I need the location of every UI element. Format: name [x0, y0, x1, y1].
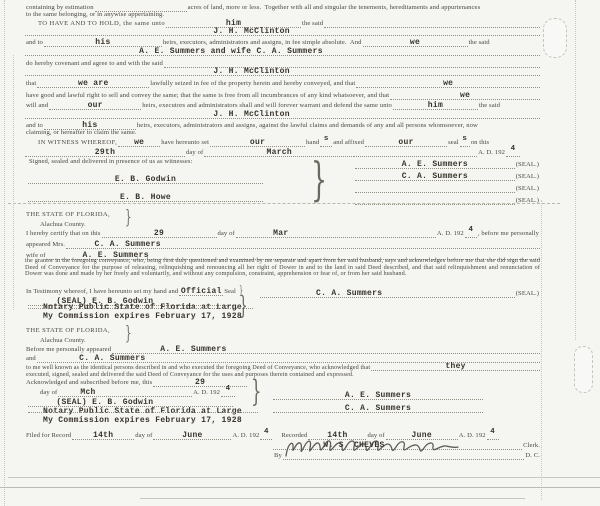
blank-signature: A. E. Summers — [355, 160, 515, 169]
form-text: heirs, executors, administrators and ass… — [162, 40, 363, 47]
dc-label: D. C. — [524, 453, 541, 460]
form-text: claiming, or hereafter to claim the same… — [25, 130, 138, 137]
typed-29th: 29th — [25, 149, 185, 157]
blank-name: C. A. Summers — [66, 240, 540, 249]
typed-s: s — [320, 136, 332, 144]
form-text: In Testimony whereof, I have hereunto se… — [25, 289, 179, 296]
typed-summers-couple: A. E. Summers and wife C. A. Summers — [25, 48, 540, 56]
line-certify: I hereby certify that on this 29 day of … — [25, 229, 540, 238]
typed-we: we — [118, 139, 160, 147]
typed-mcclinton: J. H. McClinton — [25, 68, 540, 76]
form-text: lawfully seized in fee of the property h… — [149, 81, 356, 88]
blank-grantor-names: A. E. Summers and wife C. A. Summers — [25, 47, 540, 56]
typed-his: his — [44, 39, 162, 47]
blank-day: 14th — [72, 431, 134, 440]
blank-month: March — [204, 148, 354, 157]
line-notary-title-1: Notary Public State of Florida at Large — [28, 303, 253, 312]
line-ca-summers-seal: C. A. Summers (SEAL.) — [260, 289, 540, 298]
form-text: the said — [478, 103, 501, 110]
line-appeared-mrs: appeared Mrs. C. A. Summers — [25, 240, 540, 249]
typed-march: March — [204, 149, 354, 157]
line-grantee-name-2: J. H. McClinton — [25, 67, 540, 76]
typed-notary: Notary Public State of Florida at Large — [28, 304, 242, 312]
typed-mcclinton: J. H. McClinton — [25, 28, 540, 36]
form-text: to the same belonging, or in anywise app… — [25, 12, 165, 19]
form-text: THE STATE OF FLORIDA, — [25, 328, 111, 335]
line-seized: that we are lawfully seized in fee of th… — [25, 79, 540, 88]
typed-june: June — [153, 432, 231, 440]
line-commission-1: My Commission expires February 17, 1928 — [43, 312, 242, 321]
blank-signature — [355, 184, 515, 193]
form-text: A. D. 192 — [192, 390, 221, 397]
line-in-witness: IN WITNESS WHEREOF, we have hereunto set… — [37, 138, 540, 147]
acknowledged-brace: } — [251, 377, 262, 407]
scanned-deed-page: containing by estimation acres of land, … — [0, 0, 600, 506]
form-text: have hereunto set — [160, 140, 210, 147]
typed-him: him — [393, 102, 478, 110]
line-warrant: will and our heirs, executors and admini… — [25, 101, 540, 110]
line-belonging: to the same belonging, or in anywise app… — [25, 10, 540, 19]
form-text: day of — [134, 433, 153, 440]
blank-grantee-name: J. H. McClinton — [25, 110, 540, 119]
witness-signature-2: E. B. Howe — [28, 193, 263, 202]
form-text: that — [25, 81, 37, 88]
typed-we-are: we are — [37, 80, 149, 88]
typed-ae-summers: A. E. Summers — [112, 346, 540, 354]
line-before-appeared: Before me personally appeared A. E. Summ… — [25, 345, 540, 354]
form-text: Alachua County. — [39, 338, 87, 345]
blank-we-are: we are — [37, 79, 149, 88]
blank-signature: C. A. Summers — [273, 404, 483, 413]
form-text: Seal — [223, 289, 237, 296]
typed-14th: 14th — [72, 432, 134, 440]
line-good-right: have good and lawful right to sell and c… — [25, 91, 540, 100]
blank-official: Official — [179, 287, 223, 296]
form-text: the said — [468, 40, 491, 47]
typed-we: we — [363, 39, 468, 47]
seal-label: (SEAL.) — [515, 174, 540, 181]
line-state-1: THE STATE OF FLORIDA, — [25, 210, 540, 219]
blank-witness: E. B. Howe — [28, 193, 263, 202]
form-text: Alachua County. — [39, 222, 87, 229]
form-text: A. D. 192 — [436, 231, 465, 238]
blank-we: we — [118, 138, 160, 147]
form-text: Filed for Record — [25, 433, 72, 440]
page-edge-line-1 — [8, 477, 600, 478]
line-grantee-name-3: J. H. McClinton — [25, 110, 540, 119]
blank-signature: C. A. Summers — [355, 172, 515, 181]
form-text: A. D. 192 — [458, 433, 487, 440]
left-margin-line-1 — [4, 0, 5, 506]
typed-mcclinton: J. H. McClinton — [25, 111, 540, 119]
typed-s: s — [460, 136, 470, 144]
form-text: day of — [39, 390, 58, 397]
typed-ae-summers: A. E. Summers — [273, 392, 483, 400]
blank-signature: C. A. Summers — [260, 289, 515, 298]
blank-we: we — [363, 38, 468, 47]
seal-line-1: A. E. Summers (SEAL.) — [355, 160, 540, 169]
form-text: heirs, executors and administrators shal… — [141, 103, 393, 110]
typed-our: our — [365, 139, 447, 147]
blank-year: 4 — [221, 388, 235, 397]
page-edge-line-3 — [140, 498, 525, 499]
blank-grantee-name: J. H. McClinton — [25, 67, 540, 76]
blank-we: we — [390, 91, 540, 100]
blank-year: 4 — [465, 229, 477, 238]
blank-year: 4 — [506, 148, 520, 157]
form-text: A. D. 192 — [231, 433, 260, 440]
form-text: Signed, sealed and delivered in presence… — [28, 159, 193, 166]
blank-name: A. E. Summers — [112, 345, 540, 354]
line-execution-date: 29th day of March A. D. 192 4 — [25, 148, 540, 157]
line-commission-2: My Commission expires February 17, 1928 — [43, 416, 242, 425]
line-witness-caption: Signed, sealed and delivered in presence… — [28, 157, 306, 166]
form-text: By — [273, 453, 283, 460]
blank-our: our — [49, 101, 141, 110]
typed-year: 4 — [506, 146, 520, 154]
blank-witness: E. B. Godwin — [28, 175, 263, 184]
blank-trailing — [354, 148, 477, 157]
typed-year: 4 — [487, 429, 499, 437]
line-notary-seal-2: (SEAL) E. B. Godwin — [28, 398, 233, 407]
form-text: I hereby certify that on this — [25, 231, 102, 238]
typed-howe: E. B. Howe — [28, 194, 263, 202]
witness-signature-1: E. B. Godwin — [28, 175, 263, 184]
right-fold-line-1 — [541, 200, 542, 500]
line-grantee-name-1: J. H. McClinton — [25, 27, 540, 36]
typed-ca-summers: C. A. Summers — [66, 241, 540, 249]
form-text: hand — [305, 140, 320, 147]
form-text: will and — [25, 103, 49, 110]
form-text: seal — [447, 140, 460, 147]
typed-ae-summers: A. E. Summers — [355, 161, 515, 169]
blank-notary-signature: (SEAL) E. B. Godwin — [28, 398, 233, 407]
left-margin-line-2 — [13, 55, 14, 310]
seal-line-3: (SEAL.) — [355, 184, 540, 193]
typed-we: we — [390, 92, 540, 100]
typed-official: Official — [179, 288, 223, 296]
line-and-to-heirs: and to his heirs, executors, administrat… — [25, 38, 540, 47]
seal-label: (SEAL.) — [515, 291, 540, 298]
typed-our: our — [49, 102, 141, 110]
line-state-2: THE STATE OF FLORIDA, — [25, 326, 540, 335]
typed-mar: Mar — [236, 230, 436, 238]
blank-grantee-name: J. H. McClinton — [25, 27, 540, 36]
line-testimony: In Testimony whereof, I have hereunto se… — [25, 287, 237, 296]
clerk-label: Clerk. — [522, 443, 541, 450]
typed-our: our — [210, 139, 305, 147]
seal-line-2: C. A. Summers (SEAL.) — [355, 172, 540, 181]
line-ae-summers-2: A. E. Summers — [273, 391, 483, 400]
clerk-signature-scrawl — [283, 434, 461, 464]
typed-seal-godwin: (SEAL) E. B. Godwin — [28, 399, 233, 407]
section-separator — [8, 203, 560, 204]
blank-year: 4 — [260, 431, 272, 440]
form-text: on this — [470, 140, 490, 147]
typed-mch: Mch — [58, 389, 143, 397]
blank-plural-s: s — [320, 138, 332, 147]
form-text: IN WITNESS WHEREOF, — [37, 140, 118, 147]
form-text: THE STATE OF FLORIDA, — [25, 212, 111, 219]
typed-ca-summers: C. A. Summers — [260, 290, 515, 298]
seal-label: (SEAL.) — [515, 186, 540, 193]
line-ca-summers-2: C. A. Summers — [273, 404, 483, 413]
form-text: , before me personally — [477, 231, 540, 238]
form-text: day of — [185, 150, 204, 157]
form-text: and to — [25, 40, 44, 47]
typed-year: 4 — [465, 227, 477, 235]
blank-we: we — [356, 79, 540, 88]
form-text: appeared Mrs. — [25, 242, 66, 249]
dower-paragraph: the grantor in the foregoing conveyance,… — [25, 258, 540, 278]
line-county-2: Alachua County. — [39, 336, 540, 345]
right-fold-line-2 — [575, 0, 576, 340]
line-notary-title-2: Notary Public State of Florida at Large — [28, 407, 258, 416]
hole-punch-bottom — [574, 346, 593, 393]
typed-godwin: E. B. Godwin — [28, 176, 263, 184]
form-text: and affixed — [332, 140, 365, 147]
form-text: A. D. 192 — [477, 150, 506, 157]
blank-day: 29th — [25, 148, 185, 157]
typed-year: 4 — [260, 429, 272, 437]
typed-commission: My Commission expires February 17, 1928 — [43, 417, 242, 425]
line-ack-date: day of Mch A. D. 192 4 — [39, 388, 235, 397]
seal-label: (SEAL.) — [515, 162, 540, 169]
blank-our: our — [210, 138, 305, 147]
blank-signature: A. E. Summers — [273, 391, 483, 400]
typed-year: 4 — [221, 386, 235, 394]
blank-plural-s: s — [460, 138, 470, 147]
witness-brace: } — [311, 156, 327, 202]
typed-notary: Notary Public State of Florida at Large — [28, 408, 242, 416]
typed-29: 29 — [102, 230, 217, 238]
deed-document-body: containing by estimation acres of land, … — [25, 0, 540, 506]
blank-our: our — [365, 138, 447, 147]
typed-we: we — [356, 80, 540, 88]
line-acknowledged: Acknowledged and subscribed before me, t… — [25, 378, 247, 387]
form-text: Acknowledged and subscribed before me, t… — [25, 380, 153, 387]
blank-month: Mar — [236, 229, 436, 238]
form-text: Before me personally appeared — [25, 347, 112, 354]
typed-commission: My Commission expires February 17, 1928 — [43, 313, 242, 321]
blank-month: Mch — [58, 388, 143, 397]
blank-trailing — [143, 388, 192, 397]
typed-ca-summers: C. A. Summers — [355, 173, 515, 181]
line-executed: executed, signed, sealed and delivered t… — [25, 369, 540, 378]
blank-him: him — [393, 101, 478, 110]
blank-day: 29 — [102, 229, 217, 238]
blank-year: 4 — [487, 431, 499, 440]
blank-month: June — [153, 431, 231, 440]
line-grantor-names: A. E. Summers and wife C. A. Summers — [25, 47, 540, 56]
page-edge-line-2 — [0, 487, 600, 488]
typed-ca-summers: C. A. Summers — [273, 405, 483, 413]
form-text: have good and lawful right to sell and c… — [25, 93, 390, 100]
hole-punch-top — [543, 18, 567, 58]
blank-his: his — [44, 38, 162, 47]
form-text: day of — [217, 231, 236, 238]
